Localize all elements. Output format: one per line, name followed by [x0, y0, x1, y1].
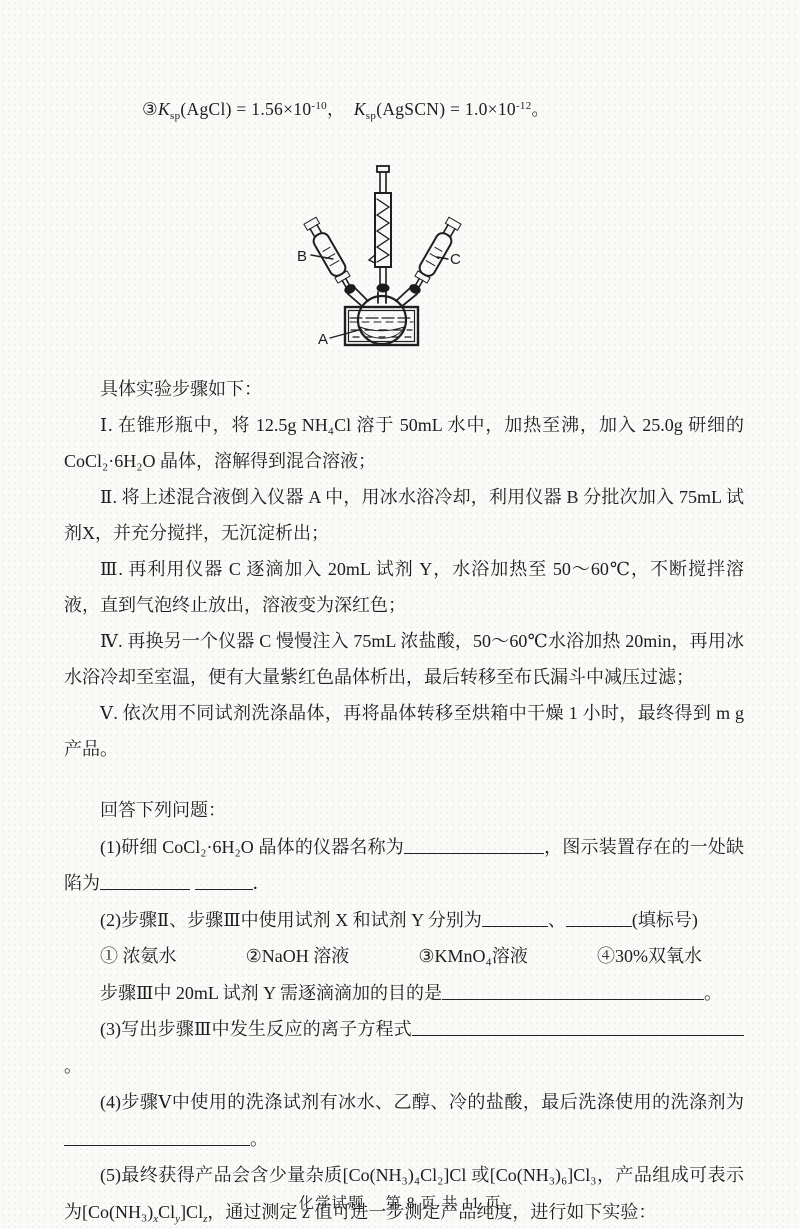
questions-section: 回答下列问题： (1)研细 CoCl₂·6H₂O 晶体的仪器名称为，图示装置存在…: [64, 792, 744, 1229]
answer-blank: [195, 876, 253, 890]
reflux-condenser: [369, 166, 391, 287]
question-1: (1)研细 CoCl₂·6H₂O 晶体的仪器名称为，图示装置存在的一处缺陷为 ．: [64, 829, 744, 902]
answer-blank: [412, 1022, 744, 1036]
step-4: Ⅳ. 再换另一个仪器 C 慢慢注入 75mL 浓盐酸，50～60℃水浴加热 20…: [64, 623, 744, 695]
page-number: 第 8 页 共 11 页: [385, 1195, 501, 1212]
experiment-intro: 具体实验步骤如下：: [64, 371, 744, 407]
step-1: Ⅰ. 在锥形瓶中，将 12.5g NH₄Cl 溶于 50mL 水中，加热至沸，加…: [64, 407, 744, 479]
question-2: (2)步骤Ⅱ、步骤Ⅲ中使用试剂 X 和试剂 Y 分别为、(填标号): [64, 902, 744, 939]
answer-blank: [64, 1132, 100, 1146]
flask-label-c: C: [450, 251, 461, 268]
apparatus-diagram: B C A: [287, 157, 537, 362]
option-2: ②NaOH 溶液: [246, 938, 350, 975]
funnel-cap: [445, 217, 461, 230]
question-4: (4)步骤Ⅴ中使用的洗涤试剂有冰水、乙醇、冷的盐酸，最后洗涤使用的洗涤剂为。: [64, 1084, 744, 1157]
answer-blank: [100, 1132, 250, 1146]
answer-blank: [482, 913, 548, 927]
water-bath: [345, 307, 418, 345]
answer-blank: [442, 986, 704, 1000]
page-footer: 化学试题 第 8 页 共 11 页: [0, 1191, 800, 1213]
condenser-coil: [377, 199, 389, 262]
doc-title: 化学试题: [299, 1195, 365, 1212]
option-3: ③KMnO₄溶液: [418, 938, 527, 975]
question-3: (3)写出步骤Ⅲ中发生反应的离子方程式。: [64, 1011, 744, 1084]
step-5: Ⅴ. 依次用不同试剂洗涤晶体，再将晶体转移至烘箱中干燥 1 小时，最终得到 m …: [64, 695, 744, 767]
question-2-purpose: 步骤Ⅲ中 20mL 试剂 Y 需逐滴滴加的目的是。: [64, 975, 744, 1012]
step-2: Ⅱ. 将上述混合液倒入仪器 A 中，用冰水浴冷却，利用仪器 B 分批次加入 75…: [64, 479, 744, 551]
step-3: Ⅲ. 再利用仪器 C 逐滴加入 20mL 试剂 Y，水浴加热至 50～60℃，不…: [64, 551, 744, 623]
answer-blank: [100, 876, 190, 890]
questions-intro: 回答下列问题：: [64, 792, 744, 829]
answer-blank: [404, 840, 544, 854]
flask-label-b: B: [297, 248, 307, 265]
option-1: ① 浓氨水: [100, 938, 177, 975]
answer-blank: [566, 913, 632, 927]
experiment-steps-section: 具体实验步骤如下： Ⅰ. 在锥形瓶中，将 12.5g NH₄Cl 溶于 50mL…: [64, 371, 744, 767]
flask-label-a: A: [318, 331, 328, 348]
ksp-data-line: ③Ksp(AgCl) = 1.56×10-10， Ksp(AgSCN) = 1.…: [142, 96, 549, 121]
three-neck-flask: [348, 288, 417, 344]
joint-clamps: [343, 282, 423, 296]
funnel-cap: [304, 217, 320, 230]
exam-page: ③Ksp(AgCl) = 1.56×10-10， Ksp(AgSCN) = 1.…: [0, 0, 800, 1229]
question-2-options: ① 浓氨水 ②NaOH 溶液 ③KMnO₄溶液 ④30%双氧水: [64, 938, 744, 975]
option-4: ④30%双氧水: [597, 938, 702, 975]
